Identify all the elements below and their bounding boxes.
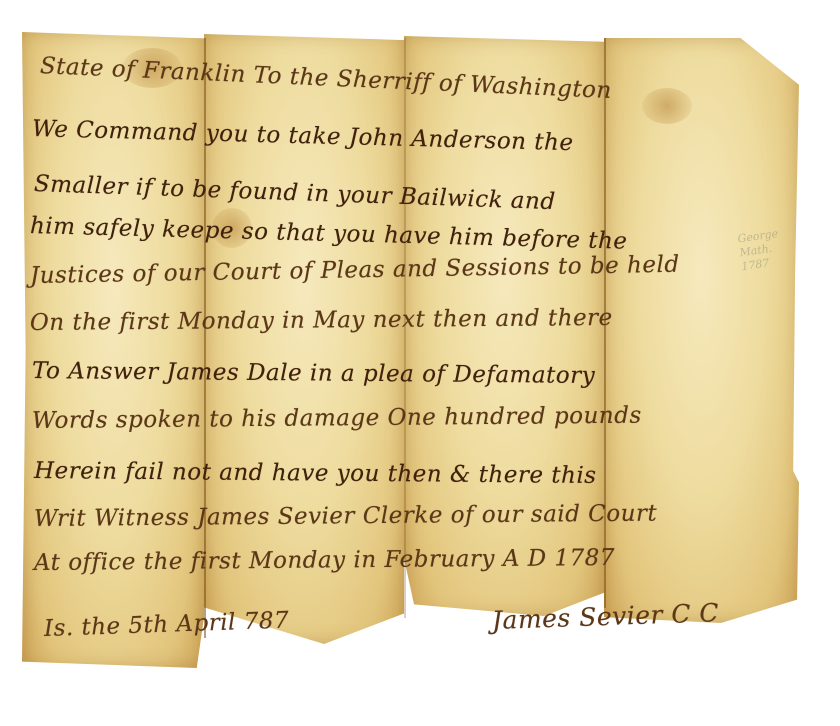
writ-line-9: Herein fail not and have you then & ther…	[34, 458, 597, 489]
writ-line-8: Words spoken to his damage One hundred p…	[32, 403, 642, 434]
writ-line-10: Writ Witness James Sevier Clerke of our …	[34, 501, 657, 532]
writ-line-6: On the first Monday in May next then and…	[30, 305, 613, 336]
faint-stamp: George Math. 1787	[737, 224, 808, 312]
ink-stain	[642, 88, 692, 124]
writ-line-7: To Answer James Dale in a plea of Defama…	[32, 358, 595, 389]
paper-panel-4	[604, 38, 799, 623]
document-scan: George Math. 1787 State of Franklin To t…	[22, 28, 796, 708]
writ-line-11: At office the first Monday in February A…	[34, 545, 615, 576]
